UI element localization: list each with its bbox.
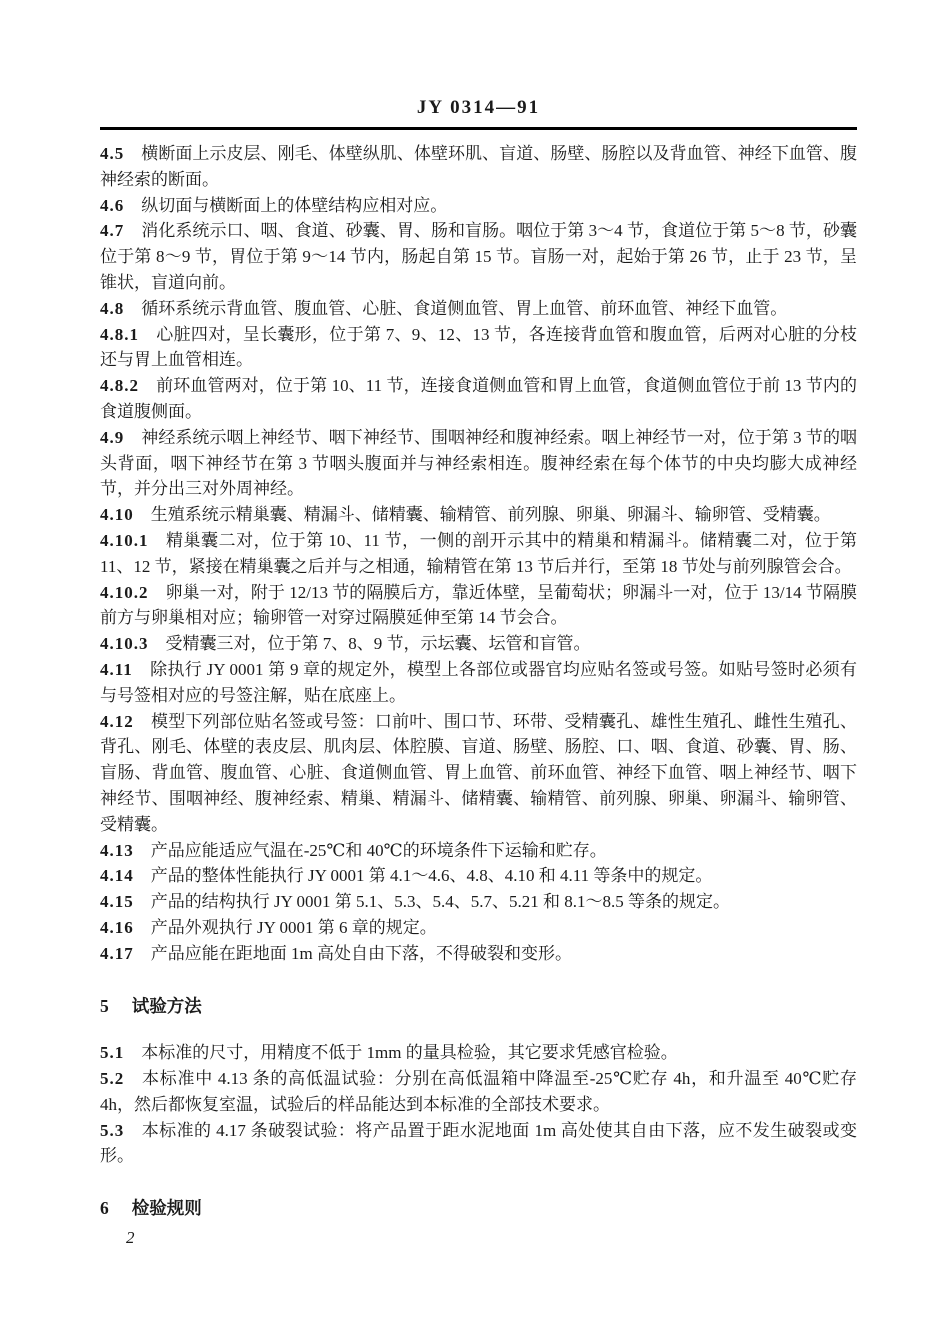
clause-4-15: 4.15产品的结构执行 JY 0001 第 5.1、5.3、5.4、5.7、5.… — [100, 889, 857, 915]
clause-text: 产品的整体性能执行 JY 0001 第 4.1～4.6、4.8、4.10 和 4… — [151, 866, 713, 885]
clause-text: 除执行 JY 0001 第 9 章的规定外，模型上各部位或器官均应贴名签或号签。… — [100, 660, 857, 705]
clause-4-9: 4.9神经系统示咽上神经节、咽下神经节、围咽神经和腹神经索。咽上神经节一对，位于… — [100, 425, 857, 502]
clause-text: 前环血管两对，位于第 10、11 节，连接食道侧血管和胃上血管，食道侧血管位于前… — [100, 376, 857, 421]
standard-code-header: JY 0314—91 — [100, 97, 857, 119]
clause-4-16: 4.16产品外观执行 JY 0001 第 6 章的规定。 — [100, 915, 857, 941]
clause-text: 生殖系统示精巢囊、精漏斗、储精囊、输精管、前列腺、卵巢、卵漏斗、输卵管、受精囊。 — [151, 505, 831, 524]
clause-4-8: 4.8循环系统示背血管、腹血管、心脏、食道侧血管、胃上血管、前环血管、神经下血管… — [100, 296, 857, 322]
clause-text: 产品的结构执行 JY 0001 第 5.1、5.3、5.4、5.7、5.21 和… — [151, 892, 730, 911]
clause-5-1: 5.1本标准的尺寸，用精度不低于 1mm 的量具检验，其它要求凭感官检验。 — [100, 1040, 857, 1066]
clause-4-10-3: 4.10.3受精囊三对，位于第 7、8、9 节，示坛囊、坛管和盲管。 — [100, 631, 857, 657]
clause-text: 精巢囊二对，位于第 10、11 节，一侧的剖开示其中的精巢和精漏斗。储精囊二对，… — [100, 531, 857, 576]
clause-text: 产品应能在距地面 1m 高处自由下落，不得破裂和变形。 — [151, 944, 572, 963]
document-body: 4.5横断面上示皮层、刚毛、体壁纵肌、体壁环肌、盲道、肠壁、肠腔以及背血管、神经… — [100, 141, 857, 1243]
clause-number: 4.12 — [100, 712, 134, 731]
clause-4-6: 4.6纵切面与横断面上的体壁结构应相对应。 — [100, 193, 857, 219]
page-number: 2 — [126, 1228, 135, 1248]
clause-number: 4.10.3 — [100, 634, 149, 653]
clause-number: 4.6 — [100, 196, 124, 215]
clause-text: 本标准的 4.17 条破裂试验：将产品置于距水泥地面 1m 高处使其自由下落，应… — [100, 1121, 857, 1166]
clause-text: 横断面上示皮层、刚毛、体壁纵肌、体壁环肌、盲道、肠壁、肠腔以及背血管、神经下血管… — [100, 144, 857, 189]
clause-4-14: 4.14产品的整体性能执行 JY 0001 第 4.1～4.6、4.8、4.10… — [100, 863, 857, 889]
clause-5-3: 5.3本标准的 4.17 条破裂试验：将产品置于距水泥地面 1m 高处使其自由下… — [100, 1118, 857, 1170]
clause-4-13: 4.13产品应能适应气温在-25℃和 40℃的环境条件下运输和贮存。 — [100, 838, 857, 864]
clause-text: 纵切面与横断面上的体壁结构应相对应。 — [141, 196, 447, 215]
section-heading-6-inspection-rules: 6检验规则 — [100, 1196, 857, 1222]
clause-text: 产品应能适应气温在-25℃和 40℃的环境条件下运输和贮存。 — [151, 841, 607, 860]
clause-number: 4.8.1 — [100, 325, 139, 344]
header-divider-rule — [100, 127, 857, 130]
clause-4-10: 4.10生殖系统示精巢囊、精漏斗、储精囊、输精管、前列腺、卵巢、卵漏斗、输卵管、… — [100, 502, 857, 528]
clause-4-17: 4.17产品应能在距地面 1m 高处自由下落，不得破裂和变形。 — [100, 941, 857, 967]
clause-number: 4.8.2 — [100, 376, 139, 395]
clause-number: 4.14 — [100, 866, 134, 885]
clause-number: 4.10 — [100, 505, 134, 524]
clause-text: 心脏四对，呈长囊形，位于第 7、9、12、13 节，各连接背血管和腹血管，后两对… — [100, 325, 857, 370]
clause-number: 4.11 — [100, 660, 133, 679]
section-title: 检验规则 — [132, 1198, 202, 1218]
section-number: 5 — [100, 996, 110, 1016]
clause-text: 消化系统示口、咽、食道、砂囊、胃、肠和盲肠。咽位于第 3～4 节，食道位于第 5… — [100, 221, 857, 292]
clause-number: 4.7 — [100, 221, 124, 240]
clause-text: 受精囊三对，位于第 7、8、9 节，示坛囊、坛管和盲管。 — [166, 634, 591, 653]
clause-4-8-1: 4.8.1心脏四对，呈长囊形，位于第 7、9、12、13 节，各连接背血管和腹血… — [100, 322, 857, 374]
clause-4-8-2: 4.8.2前环血管两对，位于第 10、11 节，连接食道侧血管和胃上血管，食道侧… — [100, 373, 857, 425]
clause-number: 4.13 — [100, 841, 134, 860]
clause-4-12: 4.12模型下列部位贴名签或号签：口前叶、围口节、环带、受精囊孔、雄性生殖孔、雌… — [100, 709, 857, 838]
clause-4-10-2: 4.10.2卵巢一对，附于 12/13 节的隔膜后方，靠近体壁，呈葡萄状；卵漏斗… — [100, 580, 857, 632]
clause-text: 循环系统示背血管、腹血管、心脏、食道侧血管、胃上血管、前环血管、神经下血管。 — [141, 299, 787, 318]
clause-4-10-1: 4.10.1精巢囊二对，位于第 10、11 节，一侧的剖开示其中的精巢和精漏斗。… — [100, 528, 857, 580]
clause-4-7: 4.7消化系统示口、咽、食道、砂囊、胃、肠和盲肠。咽位于第 3～4 节，食道位于… — [100, 218, 857, 295]
clause-number: 4.17 — [100, 944, 134, 963]
document-page: JY 0314—91 4.5横断面上示皮层、刚毛、体壁纵肌、体壁环肌、盲道、肠壁… — [0, 0, 950, 1337]
clause-number: 4.16 — [100, 918, 134, 937]
section-number: 6 — [100, 1198, 110, 1218]
clause-number: 4.10.1 — [100, 531, 149, 550]
clause-number: 5.2 — [100, 1069, 124, 1088]
clause-number: 4.15 — [100, 892, 134, 911]
clause-text: 本标准中 4.13 条的高低温试验：分别在高低温箱中降温至-25℃贮存 4h，和… — [100, 1069, 857, 1114]
clause-number: 4.10.2 — [100, 583, 149, 602]
clause-number: 5.3 — [100, 1121, 124, 1140]
clause-text: 卵巢一对，附于 12/13 节的隔膜后方，靠近体壁，呈葡萄状；卵漏斗一对，位于 … — [100, 583, 857, 628]
clause-text: 产品外观执行 JY 0001 第 6 章的规定。 — [151, 918, 437, 937]
section-heading-5-test-methods: 5试验方法 — [100, 994, 857, 1020]
clause-4-5: 4.5横断面上示皮层、刚毛、体壁纵肌、体壁环肌、盲道、肠壁、肠腔以及背血管、神经… — [100, 141, 857, 193]
clause-4-11: 4.11除执行 JY 0001 第 9 章的规定外，模型上各部位或器官均应贴名签… — [100, 657, 857, 709]
clause-number: 5.1 — [100, 1043, 124, 1062]
clause-number: 4.9 — [100, 428, 124, 447]
section-title: 试验方法 — [132, 996, 202, 1016]
clause-text: 本标准的尺寸，用精度不低于 1mm 的量具检验，其它要求凭感官检验。 — [141, 1043, 677, 1062]
clause-5-2: 5.2本标准中 4.13 条的高低温试验：分别在高低温箱中降温至-25℃贮存 4… — [100, 1066, 857, 1118]
clause-number: 4.5 — [100, 144, 124, 163]
clause-number: 4.8 — [100, 299, 124, 318]
clause-text: 模型下列部位贴名签或号签：口前叶、围口节、环带、受精囊孔、雄性生殖孔、雌性生殖孔… — [100, 712, 857, 834]
clause-text: 神经系统示咽上神经节、咽下神经节、围咽神经和腹神经索。咽上神经节一对，位于第 3… — [100, 428, 857, 499]
